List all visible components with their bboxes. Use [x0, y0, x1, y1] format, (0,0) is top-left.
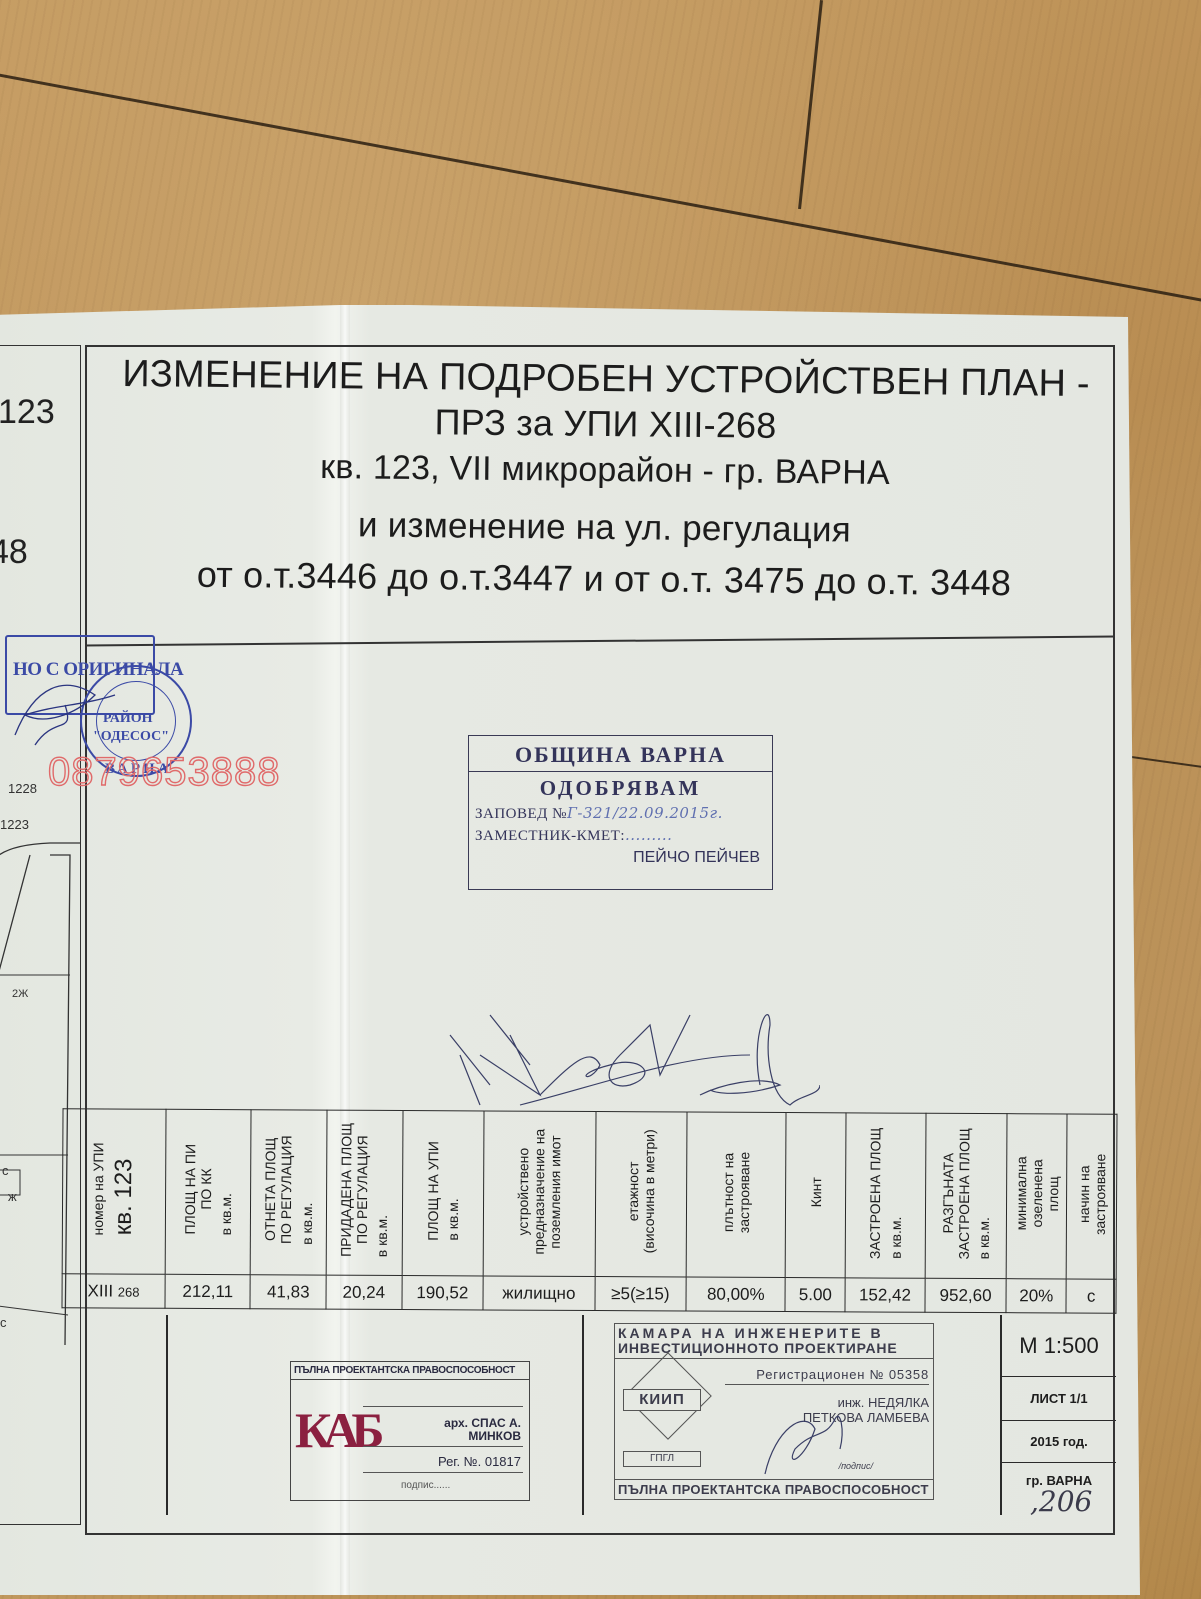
area-cadastre: 212,11	[165, 1274, 251, 1308]
area-upi: 190,52	[401, 1276, 483, 1310]
header-label: номер на УПИ	[90, 1142, 106, 1235]
stamp-footer: ПЪЛНА ПРОЕКТАНТСКА ПРАВОСПОСОБНОСТ	[614, 1479, 934, 1500]
header-cell: ЗАСТРОЕНА ПЛОЩ в кв.м.	[845, 1113, 925, 1278]
handwritten-number: ,206	[1030, 1485, 1092, 1518]
lot-number: 1228	[8, 781, 37, 796]
header-cell: начин на застрояване	[1066, 1114, 1117, 1279]
architect-name: арх. СПАС А.МИНКОВ	[444, 1417, 521, 1443]
title-block-footer: ПЪЛНА ПРОЕКТАНТСКА ПРАВОСПОСОБНОСТ КАБ а…	[62, 1315, 1117, 1515]
stamp-header: КАМАРА НА ИНЖЕНЕРИТЕ ВИНВЕСТИЦИОННОТО ПР…	[614, 1323, 934, 1359]
year-label: 2015 год.	[1002, 1421, 1116, 1463]
handwritten-signature	[5, 665, 185, 755]
header-cell: РАЗГЪНАТА ЗАСТРОЕНА ПЛОЩ в кв.м.	[925, 1113, 1007, 1278]
header-cell: устройствено предназначение на поземлени…	[483, 1111, 595, 1277]
title-line-3: кв. 123, VII микрорайон - гр. ВАРНА	[100, 440, 1110, 501]
table-header-row: номер на УПИ кв. 123 ПЛОЩ НА ПИ ПО КК в …	[62, 1109, 1117, 1280]
municipality-name: ОБЩИНА ВАРНА	[469, 736, 772, 772]
kab-logo-icon: КАБ	[295, 1390, 355, 1470]
kiip-logo: КИИП	[623, 1389, 701, 1411]
build-mode: с	[1066, 1279, 1116, 1313]
floor-seam	[798, 0, 823, 209]
header-cell: ОТНЕТА ПЛОЩ ПО РЕГУЛАЦИЯ в кв.м.	[251, 1110, 327, 1275]
header-cell: ПРИДАДЕНА ПЛОЩ ПО РЕГУЛАЦИЯ в кв.м.	[326, 1110, 402, 1275]
scale-label: М 1:500	[1002, 1315, 1116, 1377]
kint: 5.00	[785, 1278, 845, 1312]
document-title: ИЗМЕНЕНИЕ НА ПОДРОБЕН УСТРОЙСТВЕН ПЛАН -…	[99, 350, 1112, 607]
copy-certification-stamp: НО С ОРИГИНАЛА РАЙОН "ОДЕСОС" ВАРНА	[5, 635, 185, 755]
header-cell: плътност на застрояване	[686, 1112, 786, 1278]
engineer-stamp: КАМАРА НА ИНЖЕНЕРИТЕ ВИНВЕСТИЦИОННОТО ПР…	[614, 1323, 934, 1493]
gross-area: 952,60	[925, 1278, 1007, 1312]
upi-number: XIII 268	[62, 1274, 165, 1309]
engineer-reg: Регистрационен № 05358	[756, 1367, 929, 1382]
area-added: 20,24	[326, 1275, 402, 1309]
header-cell: Кинт	[786, 1113, 846, 1278]
floors: ≥5(≥15)	[595, 1277, 687, 1311]
order-label: ЗАПОВЕД №	[475, 806, 567, 822]
header-cell: етажност (височина в метри)	[595, 1112, 687, 1277]
stamp-header: ПЪЛНА ПРОЕКТАНТСКА ПРАВОСПОСОБНОСТ	[291, 1362, 529, 1380]
header-sub: кв. 123	[110, 1159, 138, 1236]
map-number: 123	[0, 393, 55, 432]
sign-label: подпис......	[401, 1480, 450, 1491]
header-cell: ПЛОЩ НА УПИ в кв.м.	[402, 1111, 484, 1276]
architect-reg: Рег. №. 01817	[438, 1454, 521, 1469]
approval-stamp: ОБЩИНА ВАРНА ОДОБРЯВАМ ЗАПОВЕД №Г-321/22…	[468, 735, 773, 890]
phone-watermark: 0879653888	[48, 750, 280, 795]
parameters-table: номер на УПИ кв. 123 ПЛОЩ НА ПИ ПО КК в …	[61, 1108, 1117, 1314]
density: 80,00%	[686, 1277, 786, 1312]
green-min: 20%	[1006, 1279, 1066, 1313]
plan-document: 123 48 1228 1223 2Ж с ж с ИЗМЕНЕНИЕ НА П…	[0, 305, 1140, 1595]
floor-seam	[0, 70, 1201, 312]
area-removed: 41,83	[250, 1275, 326, 1309]
map-number: 48	[0, 533, 28, 572]
handwritten-signatures	[420, 995, 820, 1125]
approved-label: ОДОБРЯВАМ	[469, 776, 772, 801]
architect-stamp: ПЪЛНА ПРОЕКТАНТСКА ПРАВОСПОСОБНОСТ КАБ а…	[290, 1361, 530, 1501]
table-row: XIII 268 212,11 41,83 20,24 190,52 жилищ…	[62, 1274, 1116, 1314]
handwritten-signature	[755, 1389, 875, 1479]
deputy-label: ЗАМЕСТНИК-КМЕТ:	[475, 828, 625, 844]
header-cell: минимална озеленена площ	[1006, 1114, 1067, 1279]
sheet-number: ЛИСТ 1/1	[1002, 1377, 1116, 1421]
purpose: жилищно	[483, 1276, 595, 1311]
title-line-4: и изменение на ул. регулация	[99, 494, 1110, 563]
order-value: Г-321/22.09.2015г.	[567, 804, 723, 822]
built-area: 152,42	[845, 1278, 925, 1312]
header-cell: номер на УПИ кв. 123	[62, 1109, 166, 1275]
deputy-name: ПЕЙЧО ПЕЙЧЕВ	[469, 849, 772, 867]
header-cell: ПЛОЩ НА ПИ ПО КК в кв.м.	[165, 1109, 251, 1274]
section-label: ГПГЛ	[623, 1451, 701, 1467]
